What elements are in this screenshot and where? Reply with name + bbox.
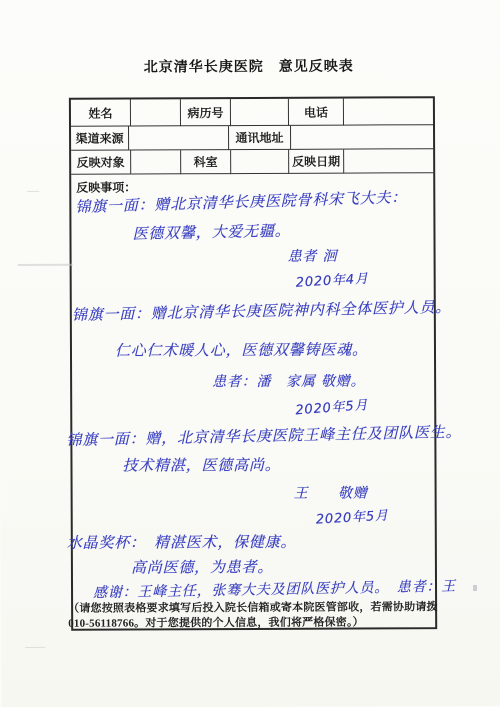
department-label: 科室: [181, 150, 231, 174]
channel-source-value-cell: [129, 126, 229, 150]
scan-artifact: [27, 191, 39, 192]
feedback-date-label: 反映日期: [289, 150, 344, 174]
table-row: 渠道来源 通讯地址: [71, 125, 433, 151]
phone-value-cell: [344, 98, 433, 125]
name-label: 姓名: [71, 100, 131, 127]
scan-artifact: [25, 647, 45, 648]
feedback-target-value-cell: [131, 150, 181, 174]
matters-section: 反映事项： （请您按照表格要求填写后投入院长信箱或寄本院医管部收，若需协助请拨 …: [71, 173, 435, 634]
table-row: 反映对象 科室 反映日期: [71, 149, 433, 175]
record-number-label: 病历号: [181, 99, 231, 126]
footer-instructions: （请您按照表格要求填写后投入院长信箱或寄本院医管部收，若需协助请拨 010-56…: [68, 600, 440, 632]
department-value-cell: [231, 150, 289, 174]
footer-line-1: （请您按照表格要求填写后投入院长信箱或寄本院医管部收，若需协助请拨: [68, 600, 440, 617]
phone-label: 电话: [289, 99, 344, 126]
scanned-form-page: 北京清华长庚医院 意见反映表 姓名 病历号 电话 渠道来源 通讯地址 反映对象 …: [0, 0, 500, 707]
mailing-address-value-cell: [291, 125, 433, 150]
name-value-cell: [131, 99, 181, 126]
record-number-value-cell: [231, 99, 289, 126]
feedback-form-table: 姓名 病历号 电话 渠道来源 通讯地址 反映对象 科室 反映日期 反映事项：: [69, 96, 437, 631]
table-row: 姓名 病历号 电话: [71, 98, 433, 127]
channel-source-label: 渠道来源: [71, 127, 129, 151]
mailing-address-label: 通讯地址: [229, 126, 291, 150]
feedback-target-label: 反映对象: [71, 151, 131, 175]
feedback-date-value-cell: [344, 149, 433, 173]
form-title: 北京清华长庚医院 意见反映表: [0, 55, 499, 77]
matters-label: 反映事项：: [76, 178, 136, 195]
footer-line-2: 010-56118766。对于您提供的个人信息，我们将严格保密。）: [68, 615, 440, 632]
scan-artifact: [18, 264, 73, 266]
scan-artifact: [473, 585, 477, 591]
